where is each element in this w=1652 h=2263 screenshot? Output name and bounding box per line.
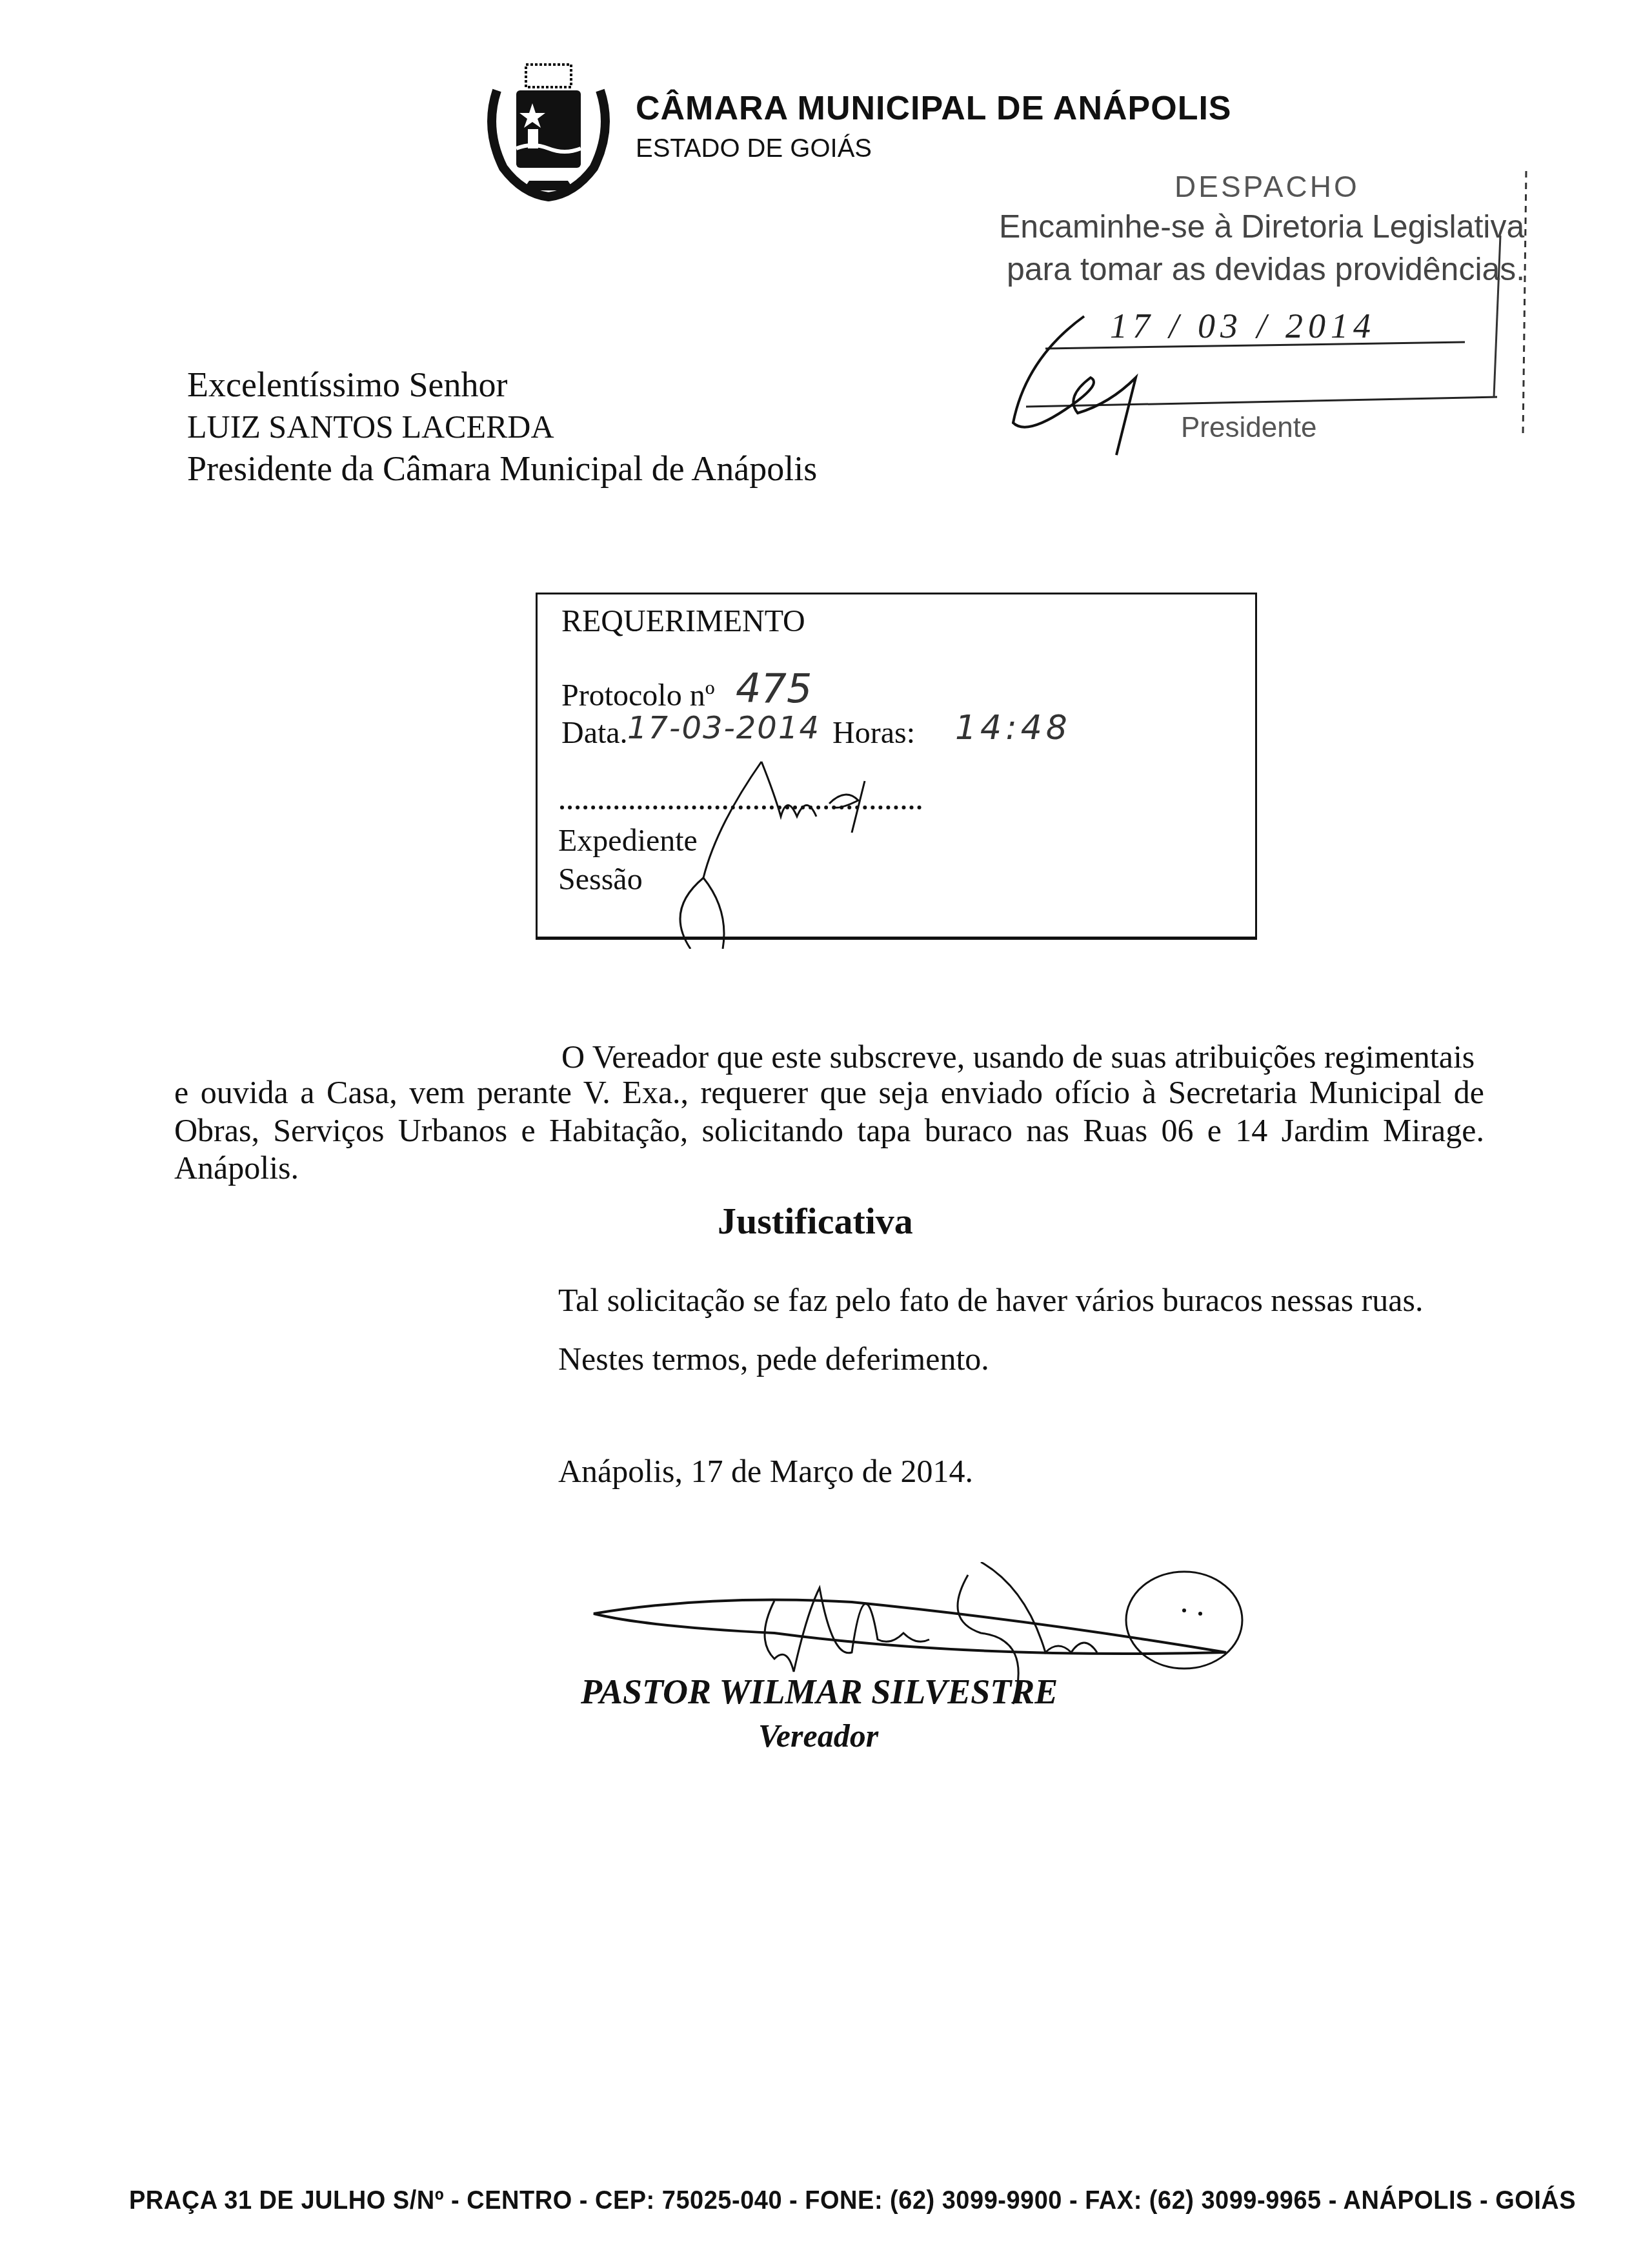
addressee-title: Presidente da Câmara Municipal de Anápol… (187, 449, 817, 489)
protocolo-label: Protocolo nº (561, 678, 715, 713)
expediente-label: Expediente (558, 823, 698, 858)
body-paragraph-line: Obras, Serviços Urbanos e Habitação, sol… (174, 1111, 1484, 1149)
stamp-instruction-line1: Encaminhe-se à Diretoria Legislativa (999, 208, 1524, 245)
stamp-role: Presidente (1181, 412, 1316, 444)
stamp-date: 17 / 03 / 2014 (1110, 306, 1376, 346)
stamp-title: DESPACHO (1174, 169, 1360, 204)
justification-text: Tal solicitação se faz pelo fato de have… (558, 1281, 1423, 1319)
org-state: ESTADO DE GOIÁS (636, 134, 872, 163)
body-paragraph-line: e ouvida a Casa, vem perante V. Exa., re… (174, 1073, 1484, 1111)
requerimento-title: REQUERIMENTO (561, 604, 805, 639)
org-name: CÂMARA MUNICIPAL DE ANÁPOLIS (636, 89, 1232, 128)
justification-heading: Justificativa (718, 1199, 913, 1243)
closing-text: Nestes termos, pede deferimento. (558, 1340, 989, 1377)
stamp-instruction-line2: para tomar as devidas providências. (1007, 250, 1525, 288)
footer-address: PRAÇA 31 DE JULHO S/Nº - CENTRO - CEP: 7… (129, 2186, 1576, 2215)
sessao-label: Sessão (558, 862, 643, 897)
protocolo-value: 475 (736, 665, 812, 712)
body-paragraph-line: O Vereador que este subscreve, usando de… (561, 1038, 1475, 1075)
signatory-role: Vereador (758, 1717, 878, 1754)
horas-label: Horas: (832, 715, 915, 751)
data-label: Data. (561, 715, 628, 751)
addressee-name: LUIZ SANTOS LACERDA (187, 408, 554, 445)
municipal-coat-of-arms-icon (471, 52, 626, 207)
clerk-signature-icon (678, 755, 949, 949)
addressee-salutation: Excelentíssimo Senhor (187, 365, 507, 405)
data-value: 17-03-2014 (627, 710, 820, 746)
body-paragraph-line: Anápolis. (174, 1149, 299, 1186)
horas-value: 14:48 (955, 709, 1071, 747)
place-date: Anápolis, 17 de Março de 2014. (558, 1452, 973, 1490)
signatory-name: PASTOR WILMAR SILVESTRE (581, 1672, 1058, 1712)
